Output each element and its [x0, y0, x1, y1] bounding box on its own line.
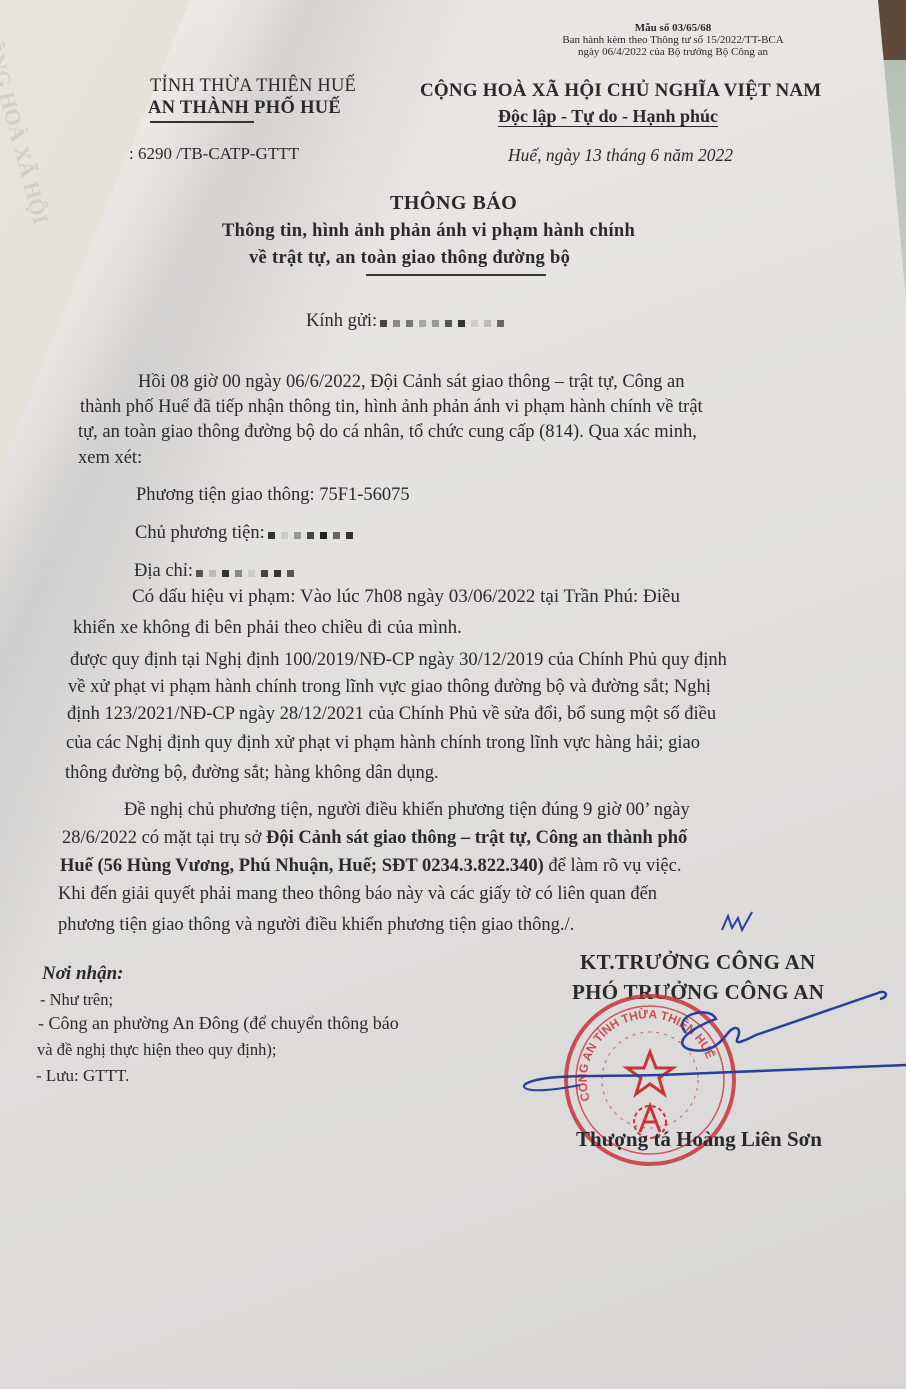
paragraph1-line2: thành phố Huế đã tiếp nhận thông tin, hì…: [80, 397, 703, 418]
paragraph1-line3: tự, an toàn giao thông đường bộ do cá nh…: [78, 422, 697, 443]
recipients-title: Nơi nhận:: [42, 963, 123, 985]
request-line5: phương tiện giao thông và người điều khi…: [58, 915, 574, 936]
redacted-owner: [265, 525, 356, 543]
subtitle-underline: [366, 274, 546, 276]
form-code-block: Mẫu số 03/65/68 Ban hành kèm theo Thông …: [538, 22, 808, 58]
recipient-line: Kính gửi:: [306, 311, 507, 332]
request-line3-text: để làm rõ vụ việc.: [544, 856, 682, 876]
request-line1: Đề nghị chủ phương tiện, người điều khiể…: [124, 800, 690, 821]
bleed-through-text: CỘNG HOÀ XÃ HỘI: [0, 20, 31, 229]
recipient-item: và đề nghị thực hiện theo quy định);: [37, 1040, 276, 1060]
regulation-line2: về xử phạt vi phạm hành chính trong lĩnh…: [68, 677, 711, 698]
vehicle-field: Phương tiện giao thông: 75F1-56075: [136, 485, 410, 506]
request-line4: Khi đến giải quyết phải mang theo thông …: [58, 884, 657, 905]
signature-authority: KT.TRƯỞNG CÔNG AN: [580, 950, 816, 975]
document-number: : 6290 /TB-CATP-GTTT: [129, 144, 299, 164]
address-label: Địa chỉ:: [134, 561, 193, 581]
request-line2-text: 28/6/2022 có mặt tại trụ sở: [62, 828, 266, 848]
police-office-name: Đội Cảnh sát giao thông – trật tự, Công …: [266, 828, 687, 848]
place-date: Huế, ngày 13 tháng 6 năm 2022: [508, 145, 733, 166]
recipient-item: - Lưu: GTTT.: [36, 1066, 129, 1086]
violation-line1: Có dấu hiệu vi phạm: Vào lúc 7h08 ngày 0…: [132, 586, 680, 608]
recipient-item: - Như trên;: [40, 990, 113, 1010]
owner-label: Chủ phương tiện:: [135, 523, 265, 543]
signer-name: Thượng tá Hoàng Liên Sơn: [576, 1127, 822, 1152]
form-code-line1: Ban hành kèm theo Thông tư số 15/2022/TT…: [538, 34, 808, 46]
org-name: AN THÀNH PHỐ HUẾ: [148, 98, 341, 119]
nation-motto: Độc lập - Tự do - Hạnh phúc: [498, 106, 718, 127]
regulation-line5: thông đường bộ, đường sắt; hàng không dâ…: [65, 763, 439, 784]
police-office-address: Huế (56 Hùng Vương, Phú Nhuận, Huế; SĐT …: [60, 856, 544, 876]
recipient-label: Kính gửi:: [306, 311, 377, 331]
regulation-line1: được quy định tại Nghị định 100/2019/NĐ-…: [70, 650, 727, 671]
violation-line2: khiển xe không đi bên phải theo chiều đi…: [73, 617, 462, 639]
vehicle-label: Phương tiện giao thông:: [136, 485, 319, 505]
document-subtitle-line1: Thông tin, hình ảnh phản ánh vi phạm hàn…: [222, 221, 635, 242]
initial-signature-icon: [718, 910, 758, 936]
vehicle-plate: 75F1-56075: [319, 485, 409, 505]
org-parent: TỈNH THỪA THIÊN HUẾ: [150, 76, 356, 97]
request-line3: Huế (56 Hùng Vương, Phú Nhuận, Huế; SĐT …: [60, 856, 681, 877]
nation-title: CỘNG HOÀ XÃ HỘI CHỦ NGHĨA VIỆT NAM: [420, 80, 821, 102]
handwritten-signature-icon: [520, 985, 906, 1095]
redacted-recipient: [377, 313, 507, 331]
address-field: Địa chỉ:: [134, 561, 297, 582]
document-subtitle-line2: về trật tự, an toàn giao thông đường bộ: [249, 248, 570, 269]
paragraph1-line1: Hồi 08 giờ 00 ngày 06/6/2022, Đội Cảnh s…: [138, 372, 685, 393]
paragraph1-line4: xem xét:: [78, 448, 142, 469]
regulation-line4: của các Nghị định quy định xử phạt vi ph…: [66, 733, 700, 754]
org-underline: [150, 121, 254, 123]
form-code-title: Mẫu số 03/65/68: [538, 22, 808, 34]
document-title: THÔNG BÁO: [390, 192, 517, 215]
regulation-line3: định 123/2021/NĐ-CP ngày 28/12/2021 của …: [67, 704, 716, 725]
request-line2: 28/6/2022 có mặt tại trụ sở Đội Cảnh sát…: [62, 828, 687, 849]
owner-field: Chủ phương tiện:: [135, 523, 356, 544]
recipient-item: - Công an phường An Đông (để chuyển thôn…: [38, 1013, 399, 1034]
form-code-line2: ngày 06/4/2022 của Bộ trưởng Bộ Công an: [538, 46, 808, 58]
redacted-address: [193, 563, 297, 581]
